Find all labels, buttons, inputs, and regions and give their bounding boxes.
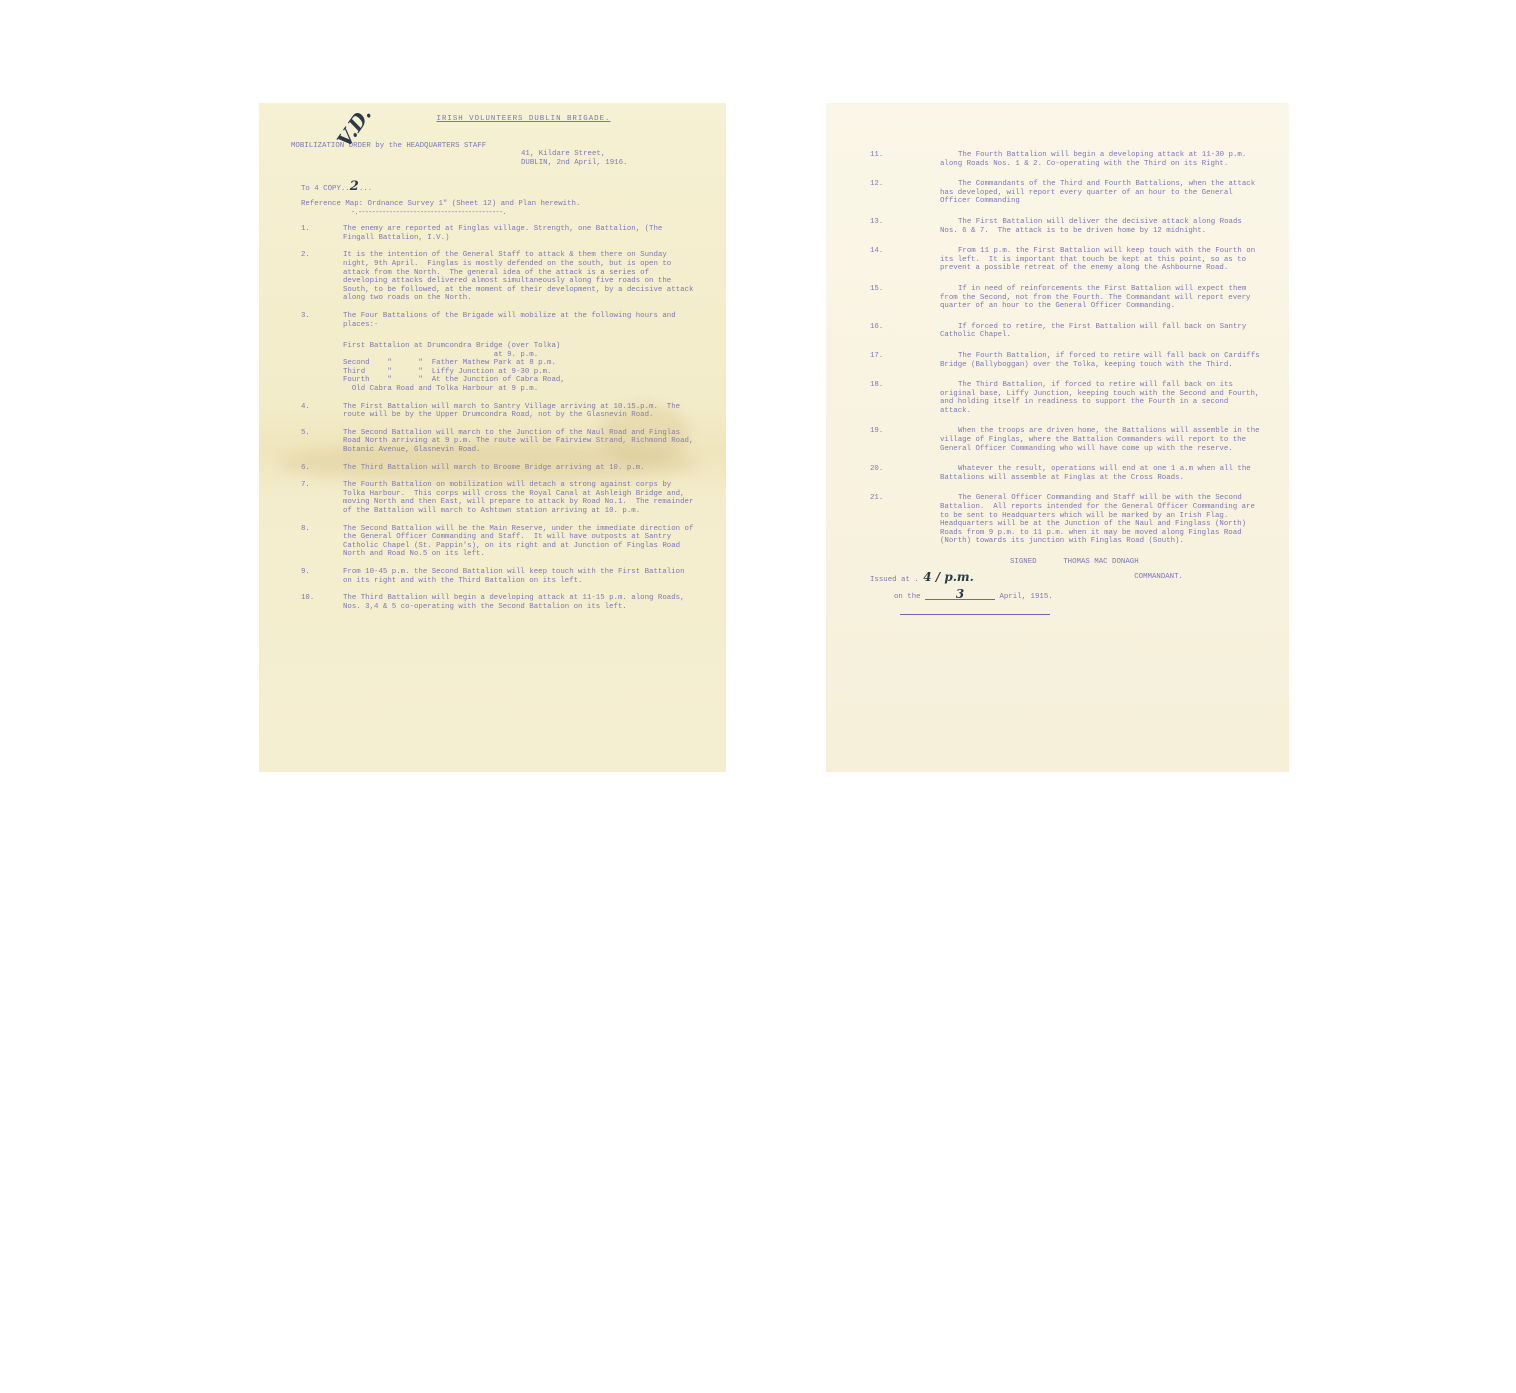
paragraph-text: The Second Battalion will be the Main Re… (343, 525, 696, 559)
on-the-label: on the (894, 593, 921, 601)
paragraph-number: 15. (870, 285, 940, 311)
paragraph-list: 1.The enemy are reported at Finglas vill… (291, 225, 696, 329)
copy-number: To 4 COPY..2... (301, 183, 696, 194)
paragraph-number: 10. (291, 594, 343, 611)
numbered-paragraph: 19.When the troops are driven home, the … (870, 427, 1263, 453)
address-street: 41, Kildare Street, (521, 150, 696, 159)
numbered-paragraph: 11.The Fourth Battalion will begin a dev… (870, 151, 1263, 168)
paragraph-number: 11. (870, 151, 940, 168)
paragraph-text: The First Battalion will march to Santry… (343, 403, 696, 420)
paragraph-number: 4. (291, 403, 343, 420)
paragraph-number: 8. (291, 525, 343, 559)
paragraph-number: 5. (291, 429, 343, 455)
paragraph-text: From 10-45 p.m. the Second Battalion wil… (343, 568, 696, 585)
paragraph-number: 14. (870, 247, 940, 273)
paragraph-text: The Second Battalion will march to the J… (343, 429, 696, 455)
paragraph-text: The First Battalion will deliver the dec… (940, 218, 1263, 235)
paragraph-number: 1. (291, 225, 343, 242)
numbered-paragraph: 4.The First Battalion will march to Sant… (291, 403, 696, 420)
paragraph-text: The Third Battalion will begin a develop… (343, 594, 696, 611)
paragraph-list: 11.The Fourth Battalion will begin a dev… (870, 151, 1263, 546)
issued-handwritten: 4 / p.m. (923, 570, 974, 584)
date-line: on the 3 April, 1915. (894, 590, 1263, 602)
paragraph-number: 3. (291, 312, 343, 329)
document-page-left: V.D. IRISH VOLUNTEERS DUBLIN BRIGADE. MO… (259, 103, 726, 772)
paragraph-list: 4.The First Battalion will march to Sant… (291, 403, 696, 612)
signature-underline (900, 608, 1050, 615)
numbered-paragraph: 17.The Fourth Battalion, if forced to re… (870, 352, 1263, 369)
paragraph-number: 17. (870, 352, 940, 369)
numbered-paragraph: 15.If in need of reinforcements the Firs… (870, 285, 1263, 311)
reference-map: Reference Map: Ordnance Survey 1" (Sheet… (301, 200, 696, 209)
paragraph-text: Whatever the result, operations will end… (940, 465, 1263, 482)
numbered-paragraph: 7.The Fourth Battalion on mobilization w… (291, 481, 696, 515)
paragraph-number: 6. (291, 464, 343, 473)
numbered-paragraph: 1.The enemy are reported at Finglas vill… (291, 225, 696, 242)
numbered-paragraph: 20.Whatever the result, operations will … (870, 465, 1263, 482)
numbered-paragraph: 18.The Third Battalion, if forced to ret… (870, 381, 1263, 415)
numbered-paragraph: 5.The Second Battalion will march to the… (291, 429, 696, 455)
issued-line: Issued at . 4 / p.m. COMMANDANT. (870, 573, 1263, 585)
paragraph-number: 13. (870, 218, 940, 235)
paragraph-number: 7. (291, 481, 343, 515)
schedule-line: at 9. p.m. (343, 351, 696, 360)
signature-block: SIGNED THOMAS MAC DONAGH (1010, 558, 1263, 567)
copy-suffix: ... (359, 185, 372, 193)
copy-label: To 4 COPY.. (301, 185, 350, 193)
numbered-paragraph: 3.The Four Battalions of the Brigade wil… (291, 312, 696, 329)
numbered-paragraph: 8.The Second Battalion will be the Main … (291, 525, 696, 559)
date-handwritten: 3 (925, 590, 995, 600)
paragraph-number: 2. (291, 251, 343, 303)
schedule-line: Fourth " " At the Junction of Cabra Road… (343, 376, 696, 385)
divider: -.--------------------------------------… (351, 209, 696, 218)
paragraph-number: 19. (870, 427, 940, 453)
paragraph-text: The General Officer Commanding and Staff… (940, 494, 1263, 546)
numbered-paragraph: 16.If forced to retire, the First Battal… (870, 323, 1263, 340)
schedule-line: Third " " Liffy Junction at 9-30 p.m. (343, 368, 696, 377)
numbered-paragraph: 9.From 10-45 p.m. the Second Battalion w… (291, 568, 696, 585)
paragraph-number: 20. (870, 465, 940, 482)
mobilization-schedule: First Battalion at Drumcondra Bridge (ov… (343, 342, 696, 394)
numbered-paragraph: 2.It is the intention of the General Sta… (291, 251, 696, 303)
document-title: IRISH VOLUNTEERS DUBLIN BRIGADE. (351, 115, 696, 124)
numbered-paragraph: 21.The General Officer Commanding and St… (870, 494, 1263, 546)
paragraph-text: When the troops are driven home, the Bat… (940, 427, 1263, 453)
document-page-right: 11.The Fourth Battalion will begin a dev… (826, 103, 1289, 772)
schedule-block: First Battalion at Drumcondra Bridge (ov… (291, 338, 696, 394)
paragraph-number: 12. (870, 180, 940, 206)
date-suffix: April, 1915. (1000, 593, 1053, 601)
issued-label: Issued at . (870, 576, 919, 584)
signed-title: COMMANDANT. (1134, 573, 1183, 585)
paragraph-number: 16. (870, 323, 940, 340)
paragraph-text: If in need of reinforcements the First B… (940, 285, 1263, 311)
paragraph-text: The enemy are reported at Finglas villag… (343, 225, 696, 242)
numbered-paragraph: 13.The First Battalion will deliver the … (870, 218, 1263, 235)
numbered-paragraph: 12.The Commandants of the Third and Four… (870, 180, 1263, 206)
paragraph-text: The Fourth Battalion on mobilization wil… (343, 481, 696, 515)
paragraph-text: If forced to retire, the First Battalion… (940, 323, 1263, 340)
paragraph-text: The Third Battalion will march to Broome… (343, 464, 696, 473)
paragraph-text: The Third Battalion, if forced to retire… (940, 381, 1263, 415)
schedule-line: Second " " Father Mathew Park at 8 p.m. (343, 359, 696, 368)
numbered-paragraph: 6.The Third Battalion will march to Broo… (291, 464, 696, 473)
schedule-line: First Battalion at Drumcondra Bridge (ov… (343, 342, 696, 351)
paragraph-number: 21. (870, 494, 940, 546)
address-date: DUBLIN, 2nd April, 1916. (521, 159, 696, 168)
numbered-paragraph: 10.The Third Battalion will begin a deve… (291, 594, 696, 611)
paragraph-text: From 11 p.m. the First Battalion will ke… (940, 247, 1263, 273)
paragraph-text: It is the intention of the General Staff… (343, 251, 696, 303)
paragraph-text: The Fourth Battalion, if forced to retir… (940, 352, 1263, 369)
schedule-line: Old Cabra Road and Tolka Harbour at 9 p.… (343, 385, 696, 394)
paragraph-text: The Four Battalions of the Brigade will … (343, 312, 696, 329)
numbered-paragraph: 14.From 11 p.m. the First Battalion will… (870, 247, 1263, 273)
copy-handwritten: 2 (350, 179, 359, 194)
signed-name: THOMAS MAC DONAGH (1063, 558, 1138, 566)
paragraph-number: 18. (870, 381, 940, 415)
paragraph-text: The Commandants of the Third and Fourth … (940, 180, 1263, 206)
paragraph-number: 9. (291, 568, 343, 585)
paragraph-text: The Fourth Battalion will begin a develo… (940, 151, 1263, 168)
signed-label: SIGNED (1010, 558, 1037, 566)
